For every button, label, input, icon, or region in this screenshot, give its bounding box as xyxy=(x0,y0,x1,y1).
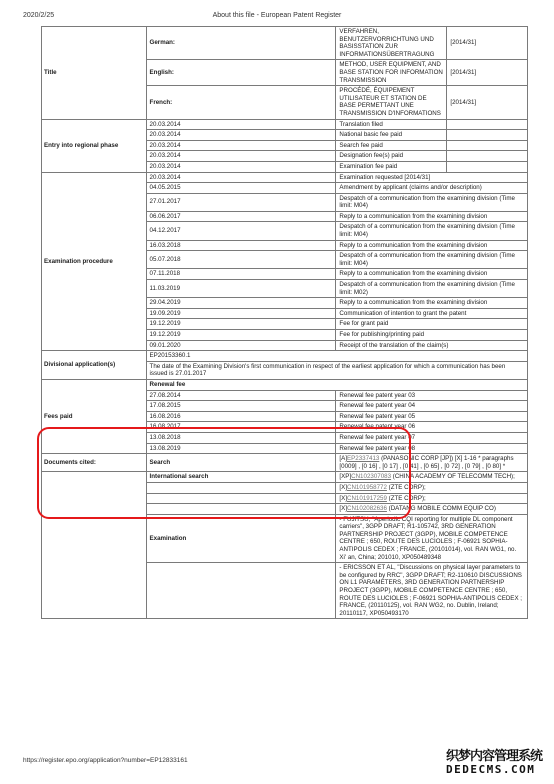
page-title: About this file - European Patent Regist… xyxy=(0,12,554,19)
citation-category: [X] xyxy=(339,505,347,512)
fee-date: 27.08.2014 xyxy=(146,390,336,401)
event-description: Translation filed xyxy=(336,119,447,130)
title-text: VERFAHREN, BENUTZERVORRICHTUNG UND BASIS… xyxy=(336,27,447,60)
citation-category: [X] xyxy=(339,495,347,502)
section-label-title: Title xyxy=(42,27,147,120)
title-text: PROCÉDÉ, ÉQUIPEMENT UTILISATEUR ET STATI… xyxy=(336,86,447,119)
fee-date: 16.08.2017 xyxy=(146,422,336,433)
watermark-en: DEDECMS.COM xyxy=(446,764,552,776)
event-date: 09.01.2020 xyxy=(146,340,336,351)
section-label-documents-cited: Documents cited: xyxy=(42,454,147,472)
event-description: Reply to a communication from the examin… xyxy=(336,211,528,222)
event-description: Despatch of a communication from the exa… xyxy=(336,222,528,240)
citation: - ERICSSON ET AL, "Discussions on physic… xyxy=(336,563,528,619)
publication-link[interactable]: CN102082636 xyxy=(347,505,387,512)
event-date: 11.03.2019 xyxy=(146,280,336,298)
citation: [XP]CN102307083 (CHINA ACADEMY OF TELECO… xyxy=(336,472,528,483)
event-date: 20.03.2014 xyxy=(146,172,336,183)
page-header: 2020/2/25 About this file - European Pat… xyxy=(0,10,554,24)
title-language: German: xyxy=(146,27,336,60)
event-date: 04.05.2015 xyxy=(146,183,336,194)
citation-category: [XP] xyxy=(339,473,351,480)
renewal-fee-heading: Renewal fee xyxy=(146,379,527,390)
watermark-cn: 织梦内容管理系统 xyxy=(446,750,552,764)
event-description: Despatch of a communication from the exa… xyxy=(336,251,528,269)
fee-description: Renewal fee patent year 07 xyxy=(336,432,528,443)
empty-cell xyxy=(447,161,528,172)
event-date: 20.03.2014 xyxy=(146,130,336,141)
title-text: METHOD, USER EQUIPMENT, AND BASE STATION… xyxy=(336,60,447,86)
fee-description: Renewal fee patent year 08 xyxy=(336,443,528,454)
title-language: French: xyxy=(146,86,336,119)
documents-search-row: Documents cited:Search[A]EP2337413 (PANA… xyxy=(42,454,528,472)
event-date: 06.06.2017 xyxy=(146,211,336,222)
event-description: Examination requested [2014/31] xyxy=(336,172,528,183)
event-date: 20.03.2014 xyxy=(146,161,336,172)
event-description: Receipt of the translation of the claim(… xyxy=(336,340,528,351)
citation: [X]CN102082636 (DATANG MOBILE COMM EQUIP… xyxy=(336,504,528,515)
register-table: TitleGerman:VERFAHREN, BENUTZERVORRICHTU… xyxy=(41,26,528,619)
event-description: Search fee paid xyxy=(336,140,447,151)
section-label-empty xyxy=(42,472,147,619)
title-bulletin-ref: [2014/31] xyxy=(447,27,528,60)
event-description: Fee for grant paid xyxy=(336,319,528,330)
event-description: Communication of intention to grant the … xyxy=(336,308,528,319)
section-label-fees-paid: Fees paid xyxy=(42,379,147,453)
fee-date: 16.08.2016 xyxy=(146,411,336,422)
event-date: 20.03.2014 xyxy=(146,140,336,151)
fee-description: Renewal fee patent year 05 xyxy=(336,411,528,422)
empty-cell xyxy=(447,119,528,130)
event-date: 20.03.2014 xyxy=(146,151,336,162)
event-date: 05.07.2018 xyxy=(146,251,336,269)
citation-text: - ERICSSON ET AL, "Discussions on physic… xyxy=(339,564,522,617)
empty-cell xyxy=(447,151,528,162)
empty-cell xyxy=(146,563,336,619)
citation: [X]CN101917259 (ZTE CORP); xyxy=(336,493,528,504)
event-date: 20.03.2014 xyxy=(146,119,336,130)
fee-description: Renewal fee patent year 03 xyxy=(336,390,528,401)
event-date: 27.01.2017 xyxy=(146,193,336,211)
event-date: 04.12.2017 xyxy=(146,222,336,240)
watermark-logo: 织梦内容管理系统 DEDECMS.COM xyxy=(446,750,552,780)
event-date: 19.12.2019 xyxy=(146,319,336,330)
event-date: 16.03.2018 xyxy=(146,240,336,251)
event-description: Reply to a communication from the examin… xyxy=(336,269,528,280)
citation: [A]EP2337413 (PANASONIC CORP [JP]) [X] 1… xyxy=(336,454,528,472)
citation-type-search: Search xyxy=(146,454,336,472)
citation-text: (DATANG MOBILE COMM EQUIP CO) xyxy=(387,505,496,512)
section-label-examination: Examination procedure xyxy=(42,172,147,351)
event-description: Despatch of a communication from the exa… xyxy=(336,193,528,211)
citation-type-examination: Examination xyxy=(146,514,336,563)
section-label-divisional: Divisional application(s) xyxy=(42,351,147,380)
publication-link[interactable]: CN102307083 xyxy=(351,473,391,480)
empty-cell xyxy=(146,482,336,493)
citation-text: (CHINA ACADEMY OF TELECOMM TECH); xyxy=(391,473,515,480)
divisional-row: Divisional application(s)EP20153360.1 xyxy=(42,351,528,362)
documents-international-row: International search[XP]CN102307083 (CHI… xyxy=(42,472,528,483)
empty-cell xyxy=(146,504,336,515)
citation-category: [A] xyxy=(339,455,347,462)
citation: [X]CN101958772 (ZTE CORP); xyxy=(336,482,528,493)
title-language: English: xyxy=(146,60,336,86)
publication-link[interactable]: CN101917259 xyxy=(347,495,387,502)
citation-type-international-search: International search xyxy=(146,472,336,483)
empty-cell xyxy=(146,493,336,504)
event-description: Despatch of a communication from the exa… xyxy=(336,280,528,298)
citation-text: (ZTE CORP); xyxy=(387,495,426,502)
fee-date: 13.08.2018 xyxy=(146,432,336,443)
fees-heading-row: Fees paidRenewal fee xyxy=(42,379,528,390)
fee-description: Renewal fee patent year 06 xyxy=(336,422,528,433)
citation-text: - FUJITSU, "Aperiodic CQI reporting for … xyxy=(339,516,516,561)
fee-description: Renewal fee patent year 04 xyxy=(336,401,528,412)
event-date: 19.12.2019 xyxy=(146,330,336,341)
citation-category: [X] xyxy=(339,484,347,491)
event-description: Amendment by applicant (claims and/or de… xyxy=(336,183,528,194)
empty-cell xyxy=(447,130,528,141)
fee-date: 13.08.2019 xyxy=(146,443,336,454)
event-description: Reply to a communication from the examin… xyxy=(336,240,528,251)
citation-text: (ZTE CORP); xyxy=(387,484,426,491)
event-description: National basic fee paid xyxy=(336,130,447,141)
citation: - FUJITSU, "Aperiodic CQI reporting for … xyxy=(336,514,528,563)
divisional-note: The date of the Examining Division's fir… xyxy=(146,361,527,379)
event-date: 29.04.2019 xyxy=(146,298,336,309)
page-url: https://register.epo.org/application?num… xyxy=(23,757,188,764)
event-date: 07.11.2018 xyxy=(146,269,336,280)
section-label-regional-phase: Entry into regional phase xyxy=(42,119,147,172)
fee-date: 17.08.2015 xyxy=(146,401,336,412)
publication-link[interactable]: EP2337413 xyxy=(347,455,379,462)
examination-row: Examination procedure20.03.2014Examinati… xyxy=(42,172,528,183)
regional-phase-row: Entry into regional phase20.03.2014Trans… xyxy=(42,119,528,130)
event-description: Reply to a communication from the examin… xyxy=(336,298,528,309)
divisional-application-number: EP20153360.1 xyxy=(146,351,527,362)
event-description: Examination fee paid xyxy=(336,161,447,172)
event-date: 19.09.2019 xyxy=(146,308,336,319)
title-bulletin-ref: [2014/31] xyxy=(447,86,528,119)
event-description: Designation fee(s) paid xyxy=(336,151,447,162)
title-bulletin-ref: [2014/31] xyxy=(447,60,528,86)
publication-link[interactable]: CN101958772 xyxy=(347,484,387,491)
title-row: TitleGerman:VERFAHREN, BENUTZERVORRICHTU… xyxy=(42,27,528,60)
event-description: Fee for publishing/printing paid xyxy=(336,330,528,341)
empty-cell xyxy=(447,140,528,151)
